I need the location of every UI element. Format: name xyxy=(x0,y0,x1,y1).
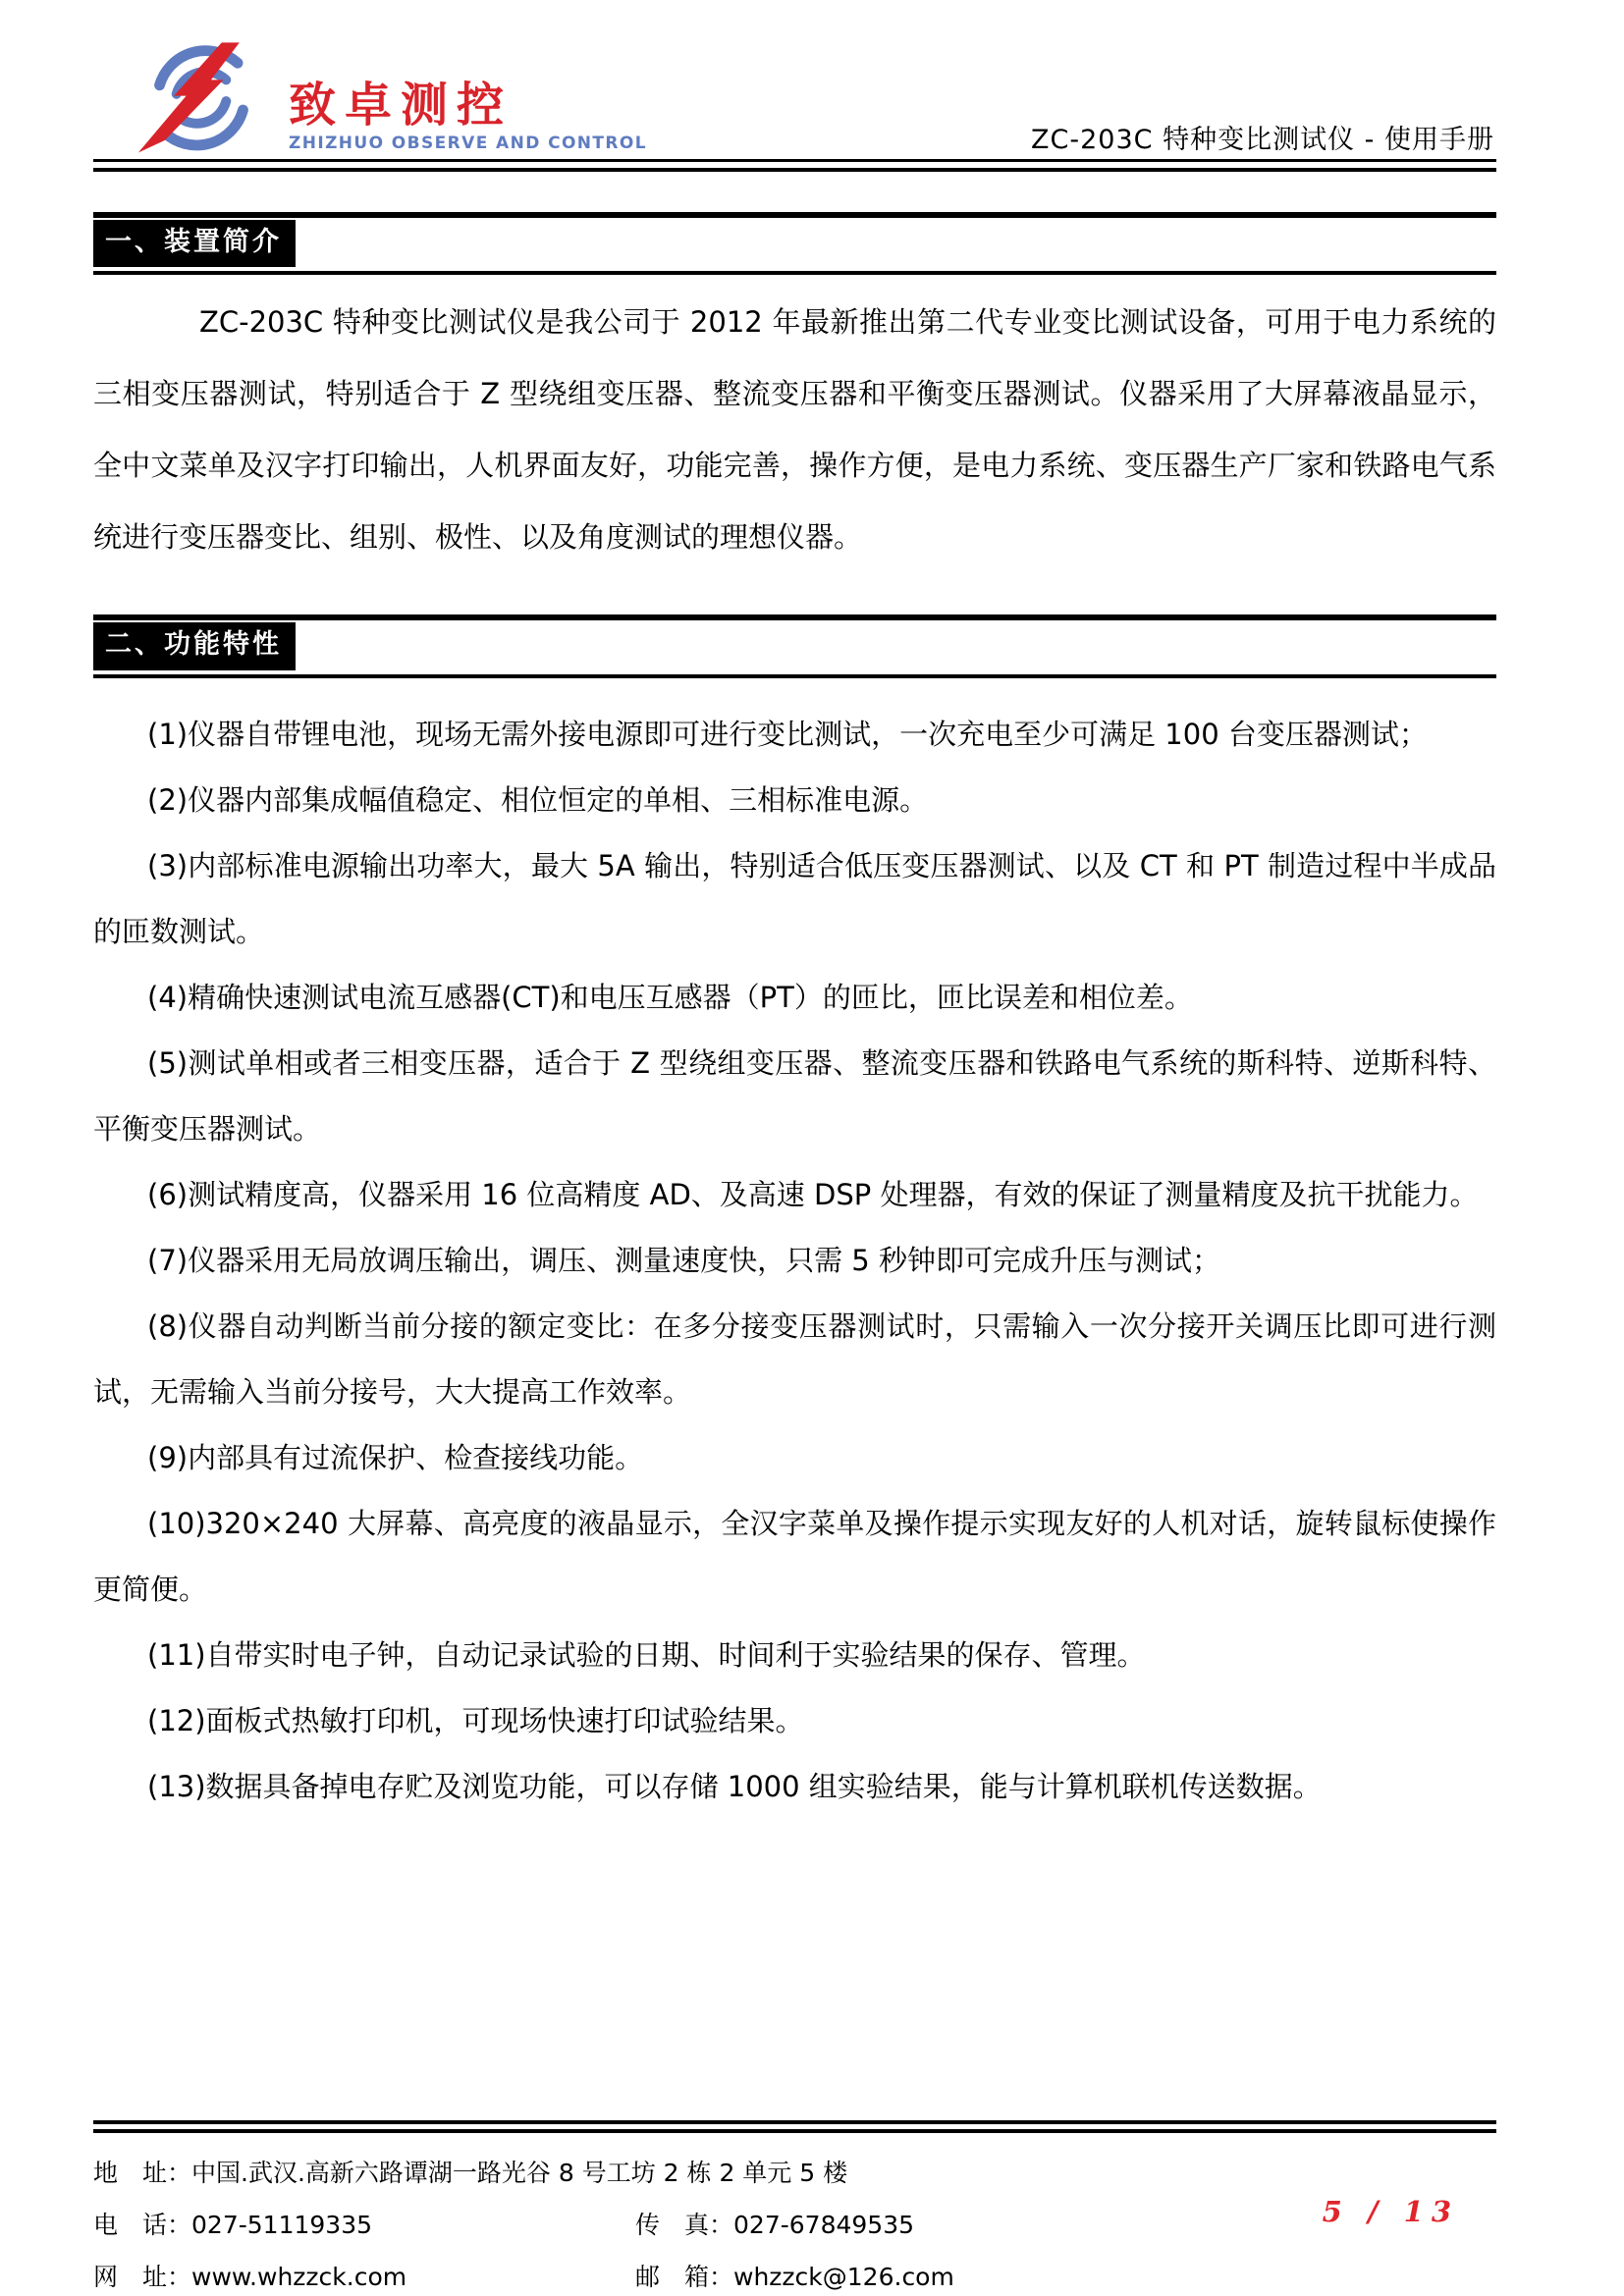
header-divider xyxy=(93,159,1496,172)
page-number: 5 / 13 xyxy=(1323,2195,1459,2228)
address-label: 地 址： xyxy=(93,2147,191,2199)
address-value: 中国.武汉.高新六路谭湖一路光谷 8 号工坊 2 栋 2 单元 5 楼 xyxy=(191,2147,847,2199)
brand-name-en: ZHIZHUO OBSERVE AND CONTROL xyxy=(289,133,647,153)
feature-list: (1)仪器自带锂电池，现场无需外接电源即可进行变比测试，一次充电至少可满足 10… xyxy=(93,702,1496,1820)
section-1-title: 一、装置简介 xyxy=(93,220,296,267)
feature-item-12: (12)面板式热敏打印机，可现场快速打印试验结果。 xyxy=(93,1688,1496,1754)
feature-item-2: (2)仪器内部集成幅值稳定、相位恒定的单相、三相标准电源。 xyxy=(93,768,1496,833)
logo-text: 致卓测控 ZHIZHUO OBSERVE AND CONTROL xyxy=(289,80,647,157)
feature-item-7: (7)仪器采用无局放调压输出，调压、测量速度快，只需 5 秒钟即可完成升压与测试… xyxy=(93,1228,1496,1294)
email-cell: 邮 箱： whzzck@126.com xyxy=(635,2251,954,2296)
section-heading-2: 二、功能特性 xyxy=(93,614,1496,677)
section-heading-1: 一、装置简介 xyxy=(93,212,1496,275)
footer-contact-block: 地 址： 中国.武汉.高新六路谭湖一路光谷 8 号工坊 2 栋 2 单元 5 楼… xyxy=(93,2147,1496,2296)
feature-item-11: (11)自带实时电子钟，自动记录试验的日期、时间利于实验结果的保存、管理。 xyxy=(93,1623,1496,1688)
feature-item-13: (13)数据具备掉电存贮及浏览功能，可以存储 1000 组实验结果，能与计算机联… xyxy=(93,1754,1496,1820)
document-title: ZC-203C 特种变比测试仪 - 使用手册 xyxy=(1031,118,1494,156)
website-cell: 网 址： www.whzzck.com xyxy=(93,2251,635,2296)
website-value: www.whzzck.com xyxy=(191,2251,406,2296)
page-footer: 地 址： 中国.武汉.高新六路谭湖一路光谷 8 号工坊 2 栋 2 单元 5 楼… xyxy=(93,2120,1496,2296)
page-content: 一、装置简介 ZC-203C 特种变比测试仪是我公司于 2012 年最新推出第二… xyxy=(93,212,1496,1820)
fax-label: 传 真： xyxy=(635,2199,733,2251)
section-2-title: 二、功能特性 xyxy=(93,622,296,669)
phone-cell: 电 话： 027-51119335 xyxy=(93,2199,635,2251)
footer-row-phone-fax: 电 话： 027-51119335 传 真： 027-67849535 xyxy=(93,2199,1496,2251)
website-label: 网 址： xyxy=(93,2251,191,2296)
brand-name-cn: 致卓测控 xyxy=(289,80,647,130)
feature-item-1: (1)仪器自带锂电池，现场无需外接电源即可进行变比测试，一次充电至少可满足 10… xyxy=(93,702,1496,768)
feature-item-5: (5)测试单相或者三相变压器，适合于 Z 型绕组变压器、整流变压器和铁路电气系统… xyxy=(93,1031,1496,1162)
section-1-paragraph: ZC-203C 特种变比测试仪是我公司于 2012 年最新推出第二代专业变比测试… xyxy=(93,287,1496,573)
phone-label: 电 话： xyxy=(93,2199,191,2251)
feature-item-10: (10)320×240 大屏幕、高亮度的液晶显示，全汉字菜单及操作提示实现友好的… xyxy=(93,1491,1496,1623)
fax-value: 027-67849535 xyxy=(733,2199,914,2251)
phone-value: 027-51119335 xyxy=(191,2199,372,2251)
fax-cell: 传 真： 027-67849535 xyxy=(635,2199,914,2251)
feature-item-4: (4)精确快速测试电流互感器(CT)和电压互感器（PT）的匝比，匝比误差和相位差… xyxy=(93,965,1496,1031)
feature-item-8: (8)仪器自动判断当前分接的额定变比：在多分接变压器测试时，只需输入一次分接开关… xyxy=(93,1294,1496,1425)
footer-row-web-email: 网 址： www.whzzck.com 邮 箱： whzzck@126.com xyxy=(93,2251,1496,2296)
feature-item-6: (6)测试精度高，仪器采用 16 位高精度 AD、及高速 DSP 处理器，有效的… xyxy=(93,1162,1496,1228)
lightning-waves-logo-icon xyxy=(124,37,279,157)
email-value: whzzck@126.com xyxy=(733,2251,954,2296)
feature-item-9: (9)内部具有过流保护、检查接线功能。 xyxy=(93,1425,1496,1491)
feature-item-3: (3)内部标准电源输出功率大，最大 5A 输出，特别适合低压变压器测试、以及 C… xyxy=(93,833,1496,965)
company-logo: 致卓测控 ZHIZHUO OBSERVE AND CONTROL xyxy=(124,37,647,157)
footer-divider xyxy=(93,2120,1496,2133)
email-label: 邮 箱： xyxy=(635,2251,733,2296)
footer-row-address: 地 址： 中国.武汉.高新六路谭湖一路光谷 8 号工坊 2 栋 2 单元 5 楼 xyxy=(93,2147,1496,2199)
manual-page: 致卓测控 ZHIZHUO OBSERVE AND CONTROL ZC-203C… xyxy=(0,0,1624,2296)
